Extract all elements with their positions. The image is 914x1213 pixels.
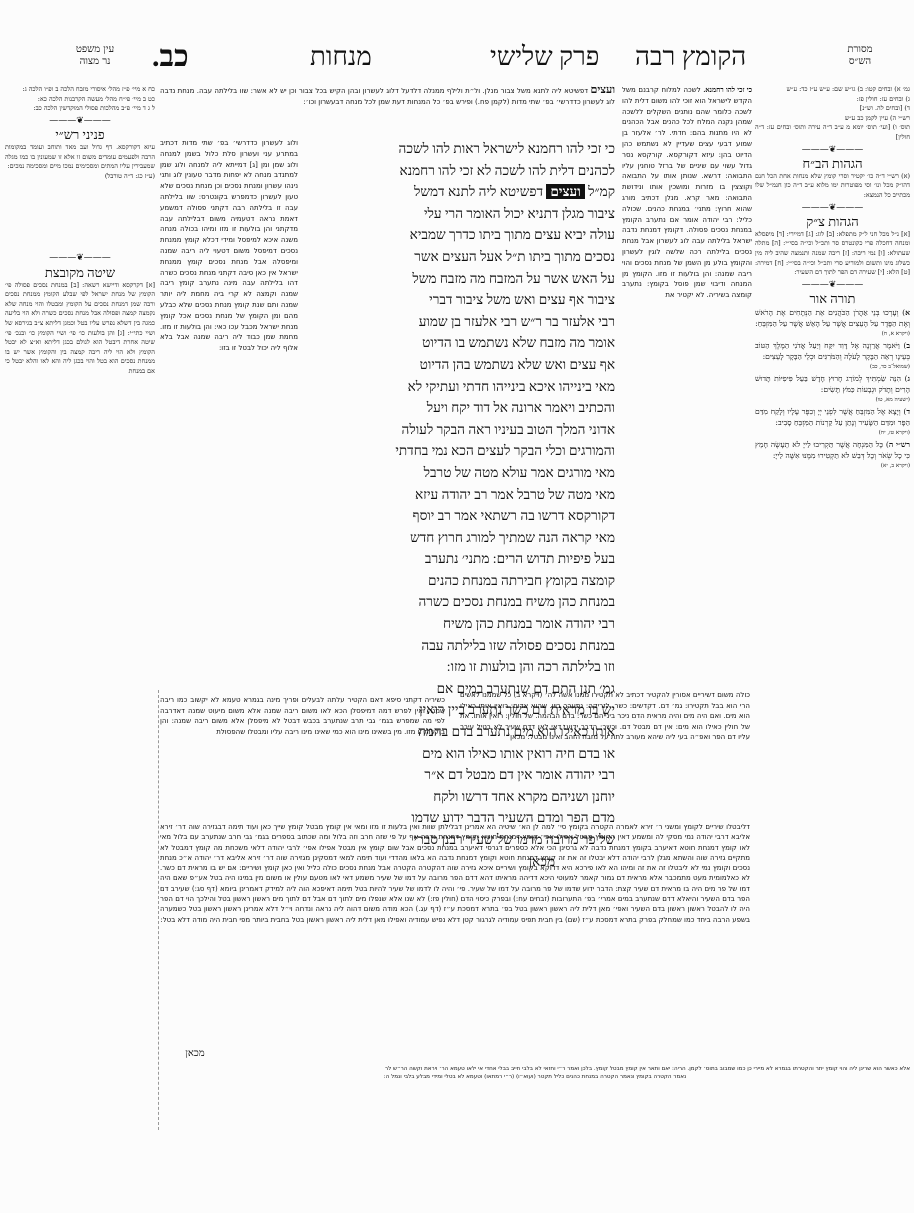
tosafot-top-text: דפשיטא ליה לתנא משל צבור מנלן. ול״ת וליל… xyxy=(160,87,615,106)
pninei-rashi-ref: (ע״ז כג: ד״ה טורבל) xyxy=(5,172,155,182)
gemara-line: רבי יהודה אומר במנחת כהן משיח xyxy=(305,613,615,635)
tosafot-wide-text: דליבטלו שיריים לקומץ ומשני ר׳ זירא לאמרה… xyxy=(160,823,750,924)
gemara-line: אדוני המלך הטוב בעיניו ראה הבקר לעולה xyxy=(305,419,615,441)
rashi-column: כי זכי להו רחמנא. לשכה למלוח קרבנם משל ה… xyxy=(622,85,752,695)
verse-text: וְעָרְכוּ בְּנֵי אַהֲרֹן הַכֹּהֲנִים אֵת… xyxy=(755,308,910,328)
ornament-divider: ———❦——— xyxy=(755,204,910,214)
gemara-line: מאי מורגים אמר עולא מטה של טרבל xyxy=(305,462,615,484)
masoret-entry: רש״י ה) עיין לקמן כב ע״ש xyxy=(755,114,910,124)
verse-text: כָּל הַמִּנְחָה אֲשֶׁר תַּקְרִיבוּ לַייָ… xyxy=(755,440,910,460)
talmud-page: מסורת הש״ס הקומץ רבה פרק שלישי מנחות כב.… xyxy=(0,0,914,1213)
verse-mark: ה xyxy=(889,440,893,449)
ein-mishpat: כח א מיי׳ פ״ז מהל׳ איסורי מזבח הלכה ב ופ… xyxy=(5,85,155,114)
ornament-divider: ———❦——— xyxy=(755,146,910,156)
footnotes: אלא כאשר הוא שרינן ליה והוי קומץ יתר והק… xyxy=(160,1065,910,1081)
ornament-divider: ———❦——— xyxy=(755,281,910,291)
gemara-fragment: קמ״ל xyxy=(588,184,615,199)
gemara-line: והכתיב ויאמר ארונה אל דוד יקח ויעל xyxy=(305,397,615,419)
footnote-line: נאמר הקטרה בקומץ ונאמר הקטרה במנחת כהנים… xyxy=(160,1073,910,1081)
gemara-line: ציבור מגלן דתניא יכול האומר הרי עלי xyxy=(305,203,615,225)
rashi-bottom-continuation: כולה משום דשיריים אסורין להקטיר דכתיב לא… xyxy=(460,690,750,820)
verse-text: הִנֵּה שַׂמְתִּיךְ לְמוֹרַג חָרוּץ חָדָש… xyxy=(755,374,910,394)
gemara-line: דקורקסא דרשו בה רשתאי אמר רב יוסף xyxy=(305,505,615,527)
gemara-line: רבי אלעזר בר ר״ש רבי אלעזר בן שמוע xyxy=(305,311,615,333)
verse-ref: (ויקרא ב, יא) xyxy=(755,461,910,472)
tosafot-bottom-continuation: כשיריה דקתני סיפא דאם הקטיר עלתה לבעלים … xyxy=(160,695,445,820)
tosafot-lead-word: ועצים xyxy=(590,85,615,96)
gemara-line: מאי מטה של טרבל אמר רב יהודה עיזא xyxy=(305,484,615,506)
gemara-line: ציבור אף עצים ואש משל ציבור דברי xyxy=(305,289,615,311)
ornament-divider: ———❦——— xyxy=(5,254,155,264)
tosafot-text: ולוג לעשרון כדדרשי׳ בפ׳ שתי מדות דכתיב ב… xyxy=(160,139,298,352)
gemara-fragment: דפשיטא ליה לתנא דמשל xyxy=(414,184,543,199)
gemara-line: קומצה בקומץ חבירתה במנחת כהנים xyxy=(305,570,615,592)
ornament-divider: ———❦——— xyxy=(5,117,155,127)
verse-text: וְיָצָא אֶל הַמִּזְבֵּחַ אֲשֶׁר לִפְנֵי … xyxy=(755,407,910,427)
masoret-entry: תוס׳ ו) [ועי׳ תוס׳ יומא מ ע״ב ד״ה עירה ו… xyxy=(755,123,910,142)
footnote-line: אלא כאשר הוא שרינן ליה והוי קומץ יתר והק… xyxy=(160,1065,910,1073)
torah-or-verse: ב) וַיֹּאמֶר אֲרַוְנָה אֶל דָּוִד יִקַּח… xyxy=(755,340,910,373)
ein-mishpat-entry: כט ב מיי׳ פי״ח מהל׳ מעשה הקרבנות הלכה כא… xyxy=(5,95,155,105)
gemara-line: אף עצים ואש שלא נשתמש בהן הדיוט xyxy=(305,354,615,376)
chapter-name: הקומץ רבה xyxy=(635,42,746,72)
tractate-name: מנחות xyxy=(310,42,372,72)
ein-mishpat-entry: ל ג ד מיי׳ פ״ב מהלכות פסולי המוקדשין הלכ… xyxy=(5,104,155,114)
page-header: מסורת הש״ס הקומץ רבה פרק שלישי מנחות כב.… xyxy=(60,42,890,76)
torah-or-verse: ג) הִנֵּה שַׂמְתִּיךְ לְמוֹרַג חָרוּץ חָ… xyxy=(755,373,910,406)
gemara-line: קמ״ל ועצים דפשיטא ליה לתנא דמשל xyxy=(305,181,615,203)
verse-ref: (שמואל־ב כד, כב) xyxy=(755,362,910,373)
masoret-entry: ג) ובחים עז: חולין פז: xyxy=(755,95,910,105)
masoret-hashas: גמ׳ א) ובחים קטו: ב) גו״ש שם: ע״ש ע״ז כד… xyxy=(755,85,910,143)
shita-mekubetzet-text: [א] דקרקסא ודיישא רשאה: [ב] במנחת נסכים … xyxy=(5,281,155,1041)
gemara-line: במנחת כהן משיח במנחת נסכים כשרה xyxy=(305,591,615,613)
torah-or-verse: ד) וְיָצָא אֶל הַמִּזְבֵּחַ אֲשֶׁר לִפְנ… xyxy=(755,406,910,439)
daf-number: כב. xyxy=(152,40,189,74)
verse-ref: (ישעיה מא, טו) xyxy=(755,395,910,406)
tosafot-bottom-text: כשיריה דקתני סיפא דאם הקטיר עלתה לבעלים … xyxy=(160,696,445,736)
verse-mark: ג xyxy=(907,374,910,383)
spacer xyxy=(5,181,155,251)
gemara-line: כי זכי להו רחמנא לישראל ראות להו לשכה xyxy=(305,138,615,160)
left-margin: כח א מיי׳ פ״ז מהל׳ איסורי מזבח הלכה ב ופ… xyxy=(5,85,155,1041)
rashi-lead: כי זכי להו רחמנא. xyxy=(703,86,752,94)
hagahot-tzak-title: הגהות צ״ק xyxy=(755,217,910,227)
shita-mekubetzet-title: שיטה מקובצת xyxy=(5,268,155,278)
gemara-line: אומר מה מזבח שלא נשתמש בו הדיוט xyxy=(305,332,615,354)
verse-ref: (ויקרא טז, יח) xyxy=(755,428,910,439)
verse-text: וַיֹּאמֶר אֲרַוְנָה אֶל דָּוִד יִקַּח וְ… xyxy=(755,341,910,361)
torah-or-verse: א) וְעָרְכוּ בְּנֵי אַהֲרֹן הַכֹּהֲנִים … xyxy=(755,307,910,340)
highlighted-word: ועצים xyxy=(546,184,584,199)
rashi-bottom-text: כולה משום דשיריים אסורין להקטיר דכתיב לא… xyxy=(460,691,750,741)
tosafot-wide-continuation: דליבטלו שיריים לקומץ ומשני ר׳ זירא לאמרה… xyxy=(160,822,750,1057)
hagahot-habach-text: (א) רש״י ד״ה כו׳ יקטיר וסרי קומץ שלא מנח… xyxy=(755,172,910,201)
verse-mark: ד xyxy=(906,407,910,416)
hagahot-habach-title: הגהות הב״ח xyxy=(755,159,910,169)
gemara-line: במנחת נסכים פסולה שזו בלילתה עבה xyxy=(305,635,615,657)
verse-mark: א xyxy=(905,308,910,317)
gemara-line: והמורגים וכלי הבקר לעצים הכא נמי בחדתי xyxy=(305,440,615,462)
gemara-line: מאי קראה הנה שמתיך למורג חרוץ חדש xyxy=(305,527,615,549)
verse-ref: (ויקרא א, ח) xyxy=(755,329,910,340)
tosafot-top-band: ועצים דפשיטא ליה לתנא משל צבור מנלן. ול״… xyxy=(160,85,615,135)
gemara-line: וזו בלילתה רכה והן בולעות זו מזו: xyxy=(305,656,615,678)
end-label: מכאן xyxy=(175,1048,215,1059)
pninei-rashi-title: פניני רש״י xyxy=(5,130,155,140)
right-margin: גמ׳ א) ובחים קטו: ב) גו״ש שם: ע״ש ע״ז כד… xyxy=(755,85,910,472)
page-edge-guide xyxy=(158,690,159,1130)
gemara-line: עולה יביא עצים מתוך ביתו כדרך שמביא xyxy=(305,224,615,246)
torah-or-verse: רש״י ה) כָּל הַמִּנְחָה אֲשֶׁר תַּקְרִיב… xyxy=(755,439,910,472)
gemara-line: על האש אשר על המזבח מה מזבח משל xyxy=(305,268,615,290)
gemara-line: מאי בינייהו איכא בינייהו חדתי ועתיקי לא xyxy=(305,376,615,398)
ein-mishpat-label: עין משפט נר מצוה xyxy=(60,44,130,68)
torah-or-title: תורה אור xyxy=(755,294,910,304)
hagahot-tzak-text: [א] נ״ל מכל חני ל״ק מתפלא: [ב] לוג: [ג] … xyxy=(755,230,910,278)
rashi-text: לשכה למלוח קרבנם משל הקדש לישראל הוא זוכ… xyxy=(622,86,752,299)
mekhan-end-label: מכאן xyxy=(185,1048,204,1059)
chapter-ordinal: פרק שלישי xyxy=(490,42,599,72)
masoret-hashas-label: מסורת הש״ס xyxy=(830,44,890,68)
tosafot-column: ולוג לעשרון כדדרשי׳ בפ׳ שתי מדות דכתיב ב… xyxy=(160,138,298,688)
pninei-rashi-text: עיזא דקורקסא. דף גדול ועב מאד ותוחב ועומ… xyxy=(5,143,155,172)
gemara-line: לכהנים דלית להו לשכה לא זכי להו רחמנא xyxy=(305,160,615,182)
verse-mark: ב xyxy=(906,341,910,350)
verse-prefix: רש״י xyxy=(896,440,910,449)
gemara-line: נסכים מתוך ביתו ת״ל אעל העצים אשר xyxy=(305,246,615,268)
masoret-entry: גמ׳ א) ובחים קטו: ב) גו״ש שם: ע״ש ע״ז כד… xyxy=(755,85,910,95)
gemara-line: בעל פיפיות תדוש הרים: מתני׳ נתערב xyxy=(305,548,615,570)
ein-mishpat-entry: כח א מיי׳ פ״ז מהל׳ איסורי מזבח הלכה ב ופ… xyxy=(5,85,155,95)
masoret-entry: ד) [ובחים לה. וש״נ] xyxy=(755,104,910,114)
